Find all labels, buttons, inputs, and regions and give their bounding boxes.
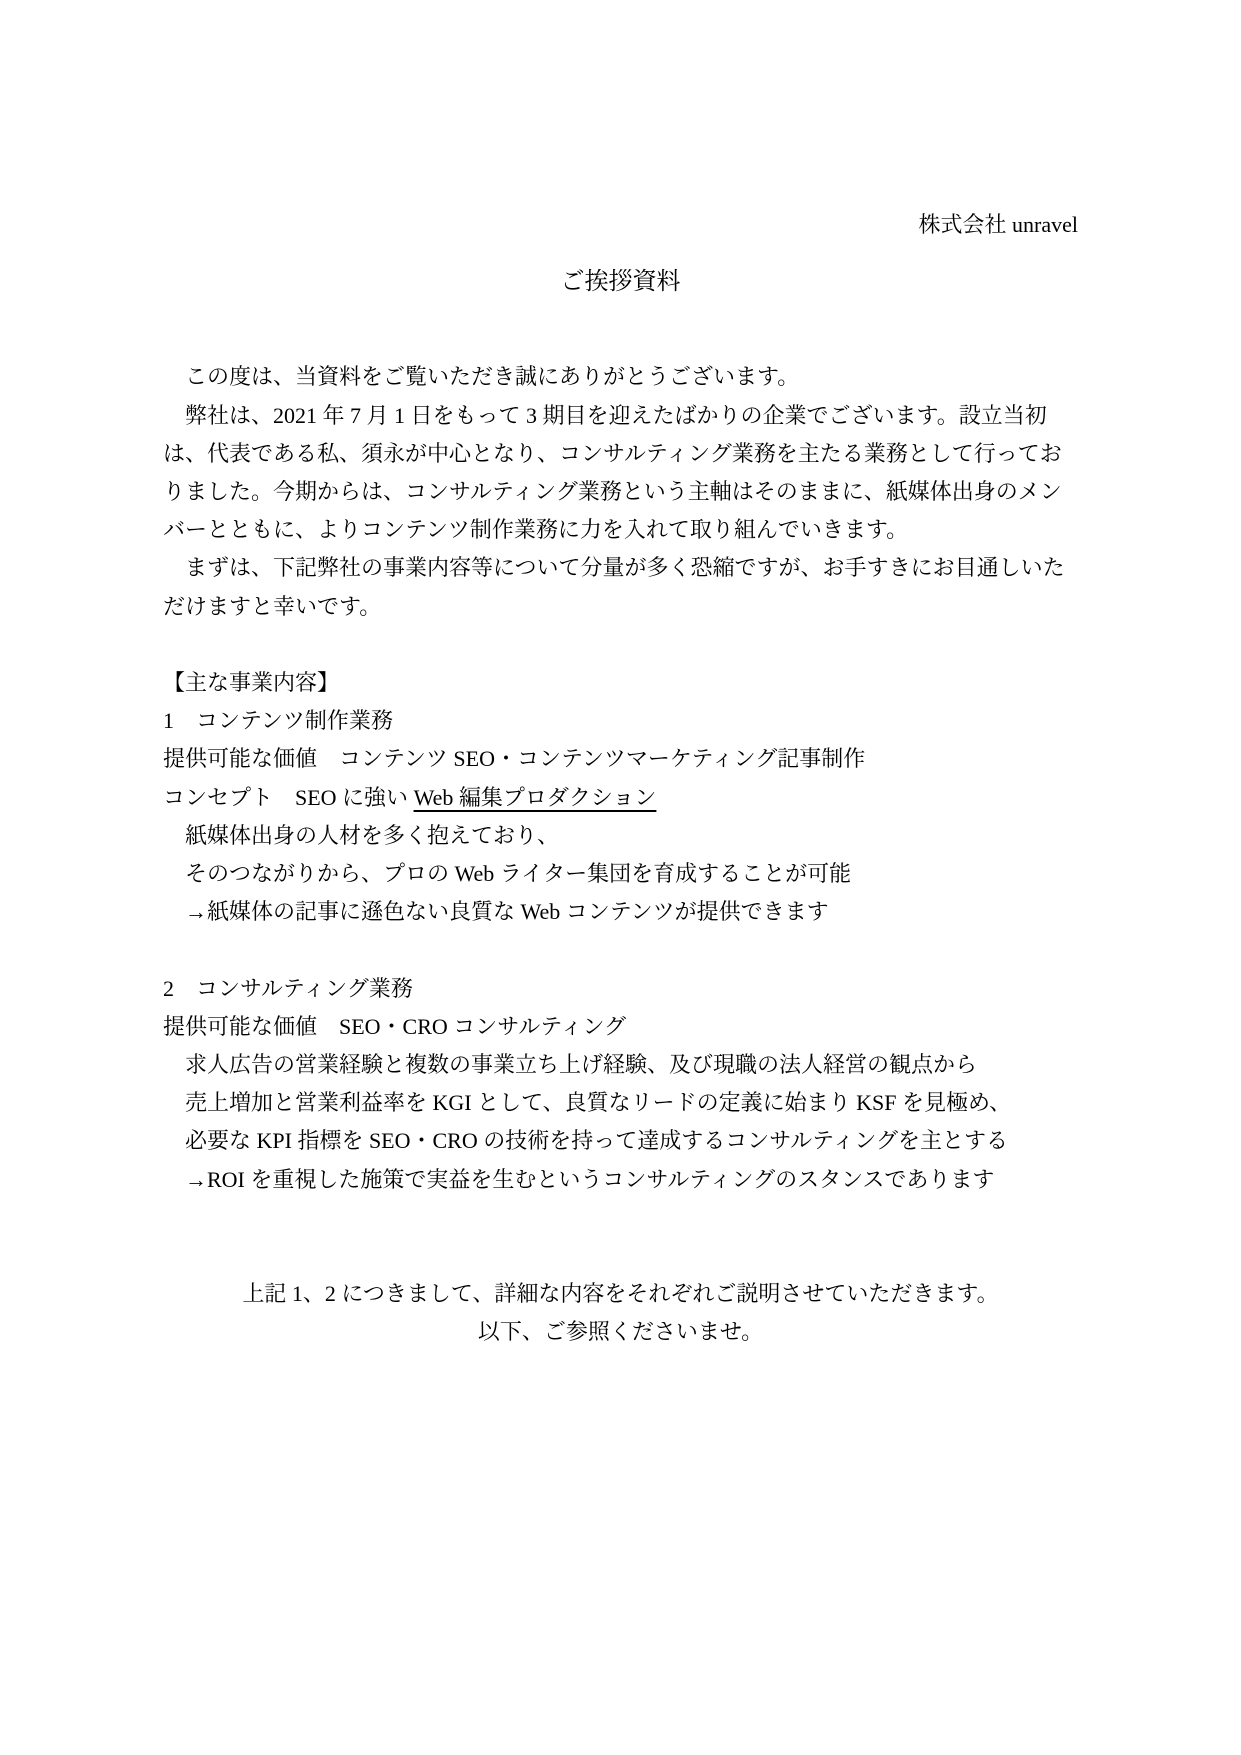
section2-detail: 求人広告の営業経験と複数の事業立ち上げ経験、及び現職の法人経営の観点から	[163, 1046, 1078, 1084]
business-section-heading: 【主な事業内容】	[163, 664, 1078, 702]
intro-line: まずは、下記弊社の事業内容等について分量が多く恐縮ですが、お手すきにお目通しいた	[163, 549, 1078, 587]
document-title: ご挨拶資料	[163, 263, 1078, 301]
intro-line: は、代表である私、須永が中心となり、コンサルティング業務を主たる業務として行って…	[163, 435, 1078, 473]
section1-detail: 紙媒体出身の人材を多く抱えており、	[163, 817, 1078, 855]
blank-line	[163, 931, 1078, 969]
business-section-1: 1 コンテンツ制作業務 提供可能な価値 コンテンツ SEO・コンテンツマーケティ…	[163, 702, 1078, 931]
section1-detail: そのつながりから、プロの Web ライター集団を育成することが可能	[163, 855, 1078, 893]
document-page: 株式会社 unravel ご挨拶資料 この度は、当資料をご覧いただき誠にありがと…	[0, 0, 1241, 1755]
blank-lines	[163, 1199, 1078, 1275]
closing-paragraph: 上記 1、2 につきまして、詳細な内容をそれぞれご説明させていただきます。 以下…	[163, 1275, 1078, 1351]
company-name: 株式会社 unravel	[163, 206, 1078, 244]
section2-detail: 売上増加と営業利益率を KGI として、良質なリードの定義に始まり KSF を見…	[163, 1084, 1078, 1122]
section1-title: 1 コンテンツ制作業務	[163, 702, 1078, 740]
section2-detail: 必要な KPI 指標を SEO・CRO の技術を持って達成するコンサルティングを…	[163, 1122, 1078, 1160]
intro-line: りました。今期からは、コンサルティング業務という主軸はそのままに、紙媒体出身のメ…	[163, 473, 1078, 511]
concept-underlined-text: Web 編集プロダクション	[414, 785, 657, 810]
section2-value: 提供可能な価値 SEO・CRO コンサルティング	[163, 1008, 1078, 1046]
intro-line: 弊社は、2021 年 7 月 1 日をもって 3 期目を迎えたばかりの企業でござ…	[163, 397, 1078, 435]
closing-line: 以下、ご参照くださいませ。	[163, 1313, 1078, 1351]
intro-line: この度は、当資料をご覧いただき誠にありがとうございます。	[163, 358, 1078, 396]
intro-line: だけますと幸いです。	[163, 588, 1078, 626]
intro-paragraph: この度は、当資料をご覧いただき誠にありがとうございます。 弊社は、2021 年 …	[163, 358, 1078, 625]
blank-line	[163, 626, 1078, 664]
business-section-2: 2 コンサルティング業務 提供可能な価値 SEO・CRO コンサルティング 求人…	[163, 970, 1078, 1199]
section1-concept: コンセプト SEO に強い Web 編集プロダクション	[163, 779, 1078, 817]
concept-label: コンセプト SEO に強い	[163, 785, 414, 810]
closing-line: 上記 1、2 につきまして、詳細な内容をそれぞれご説明させていただきます。	[163, 1275, 1078, 1313]
section1-value: 提供可能な価値 コンテンツ SEO・コンテンツマーケティング記事制作	[163, 740, 1078, 778]
intro-line: バーとともに、よりコンテンツ制作業務に力を入れて取り組んでいきます。	[163, 511, 1078, 549]
section2-title: 2 コンサルティング業務	[163, 970, 1078, 1008]
section1-detail: →紙媒体の記事に遜色ない良質な Web コンテンツが提供できます	[163, 893, 1078, 931]
section2-detail: →ROI を重視した施策で実益を生むというコンサルティングのスタンスであります	[163, 1161, 1078, 1199]
